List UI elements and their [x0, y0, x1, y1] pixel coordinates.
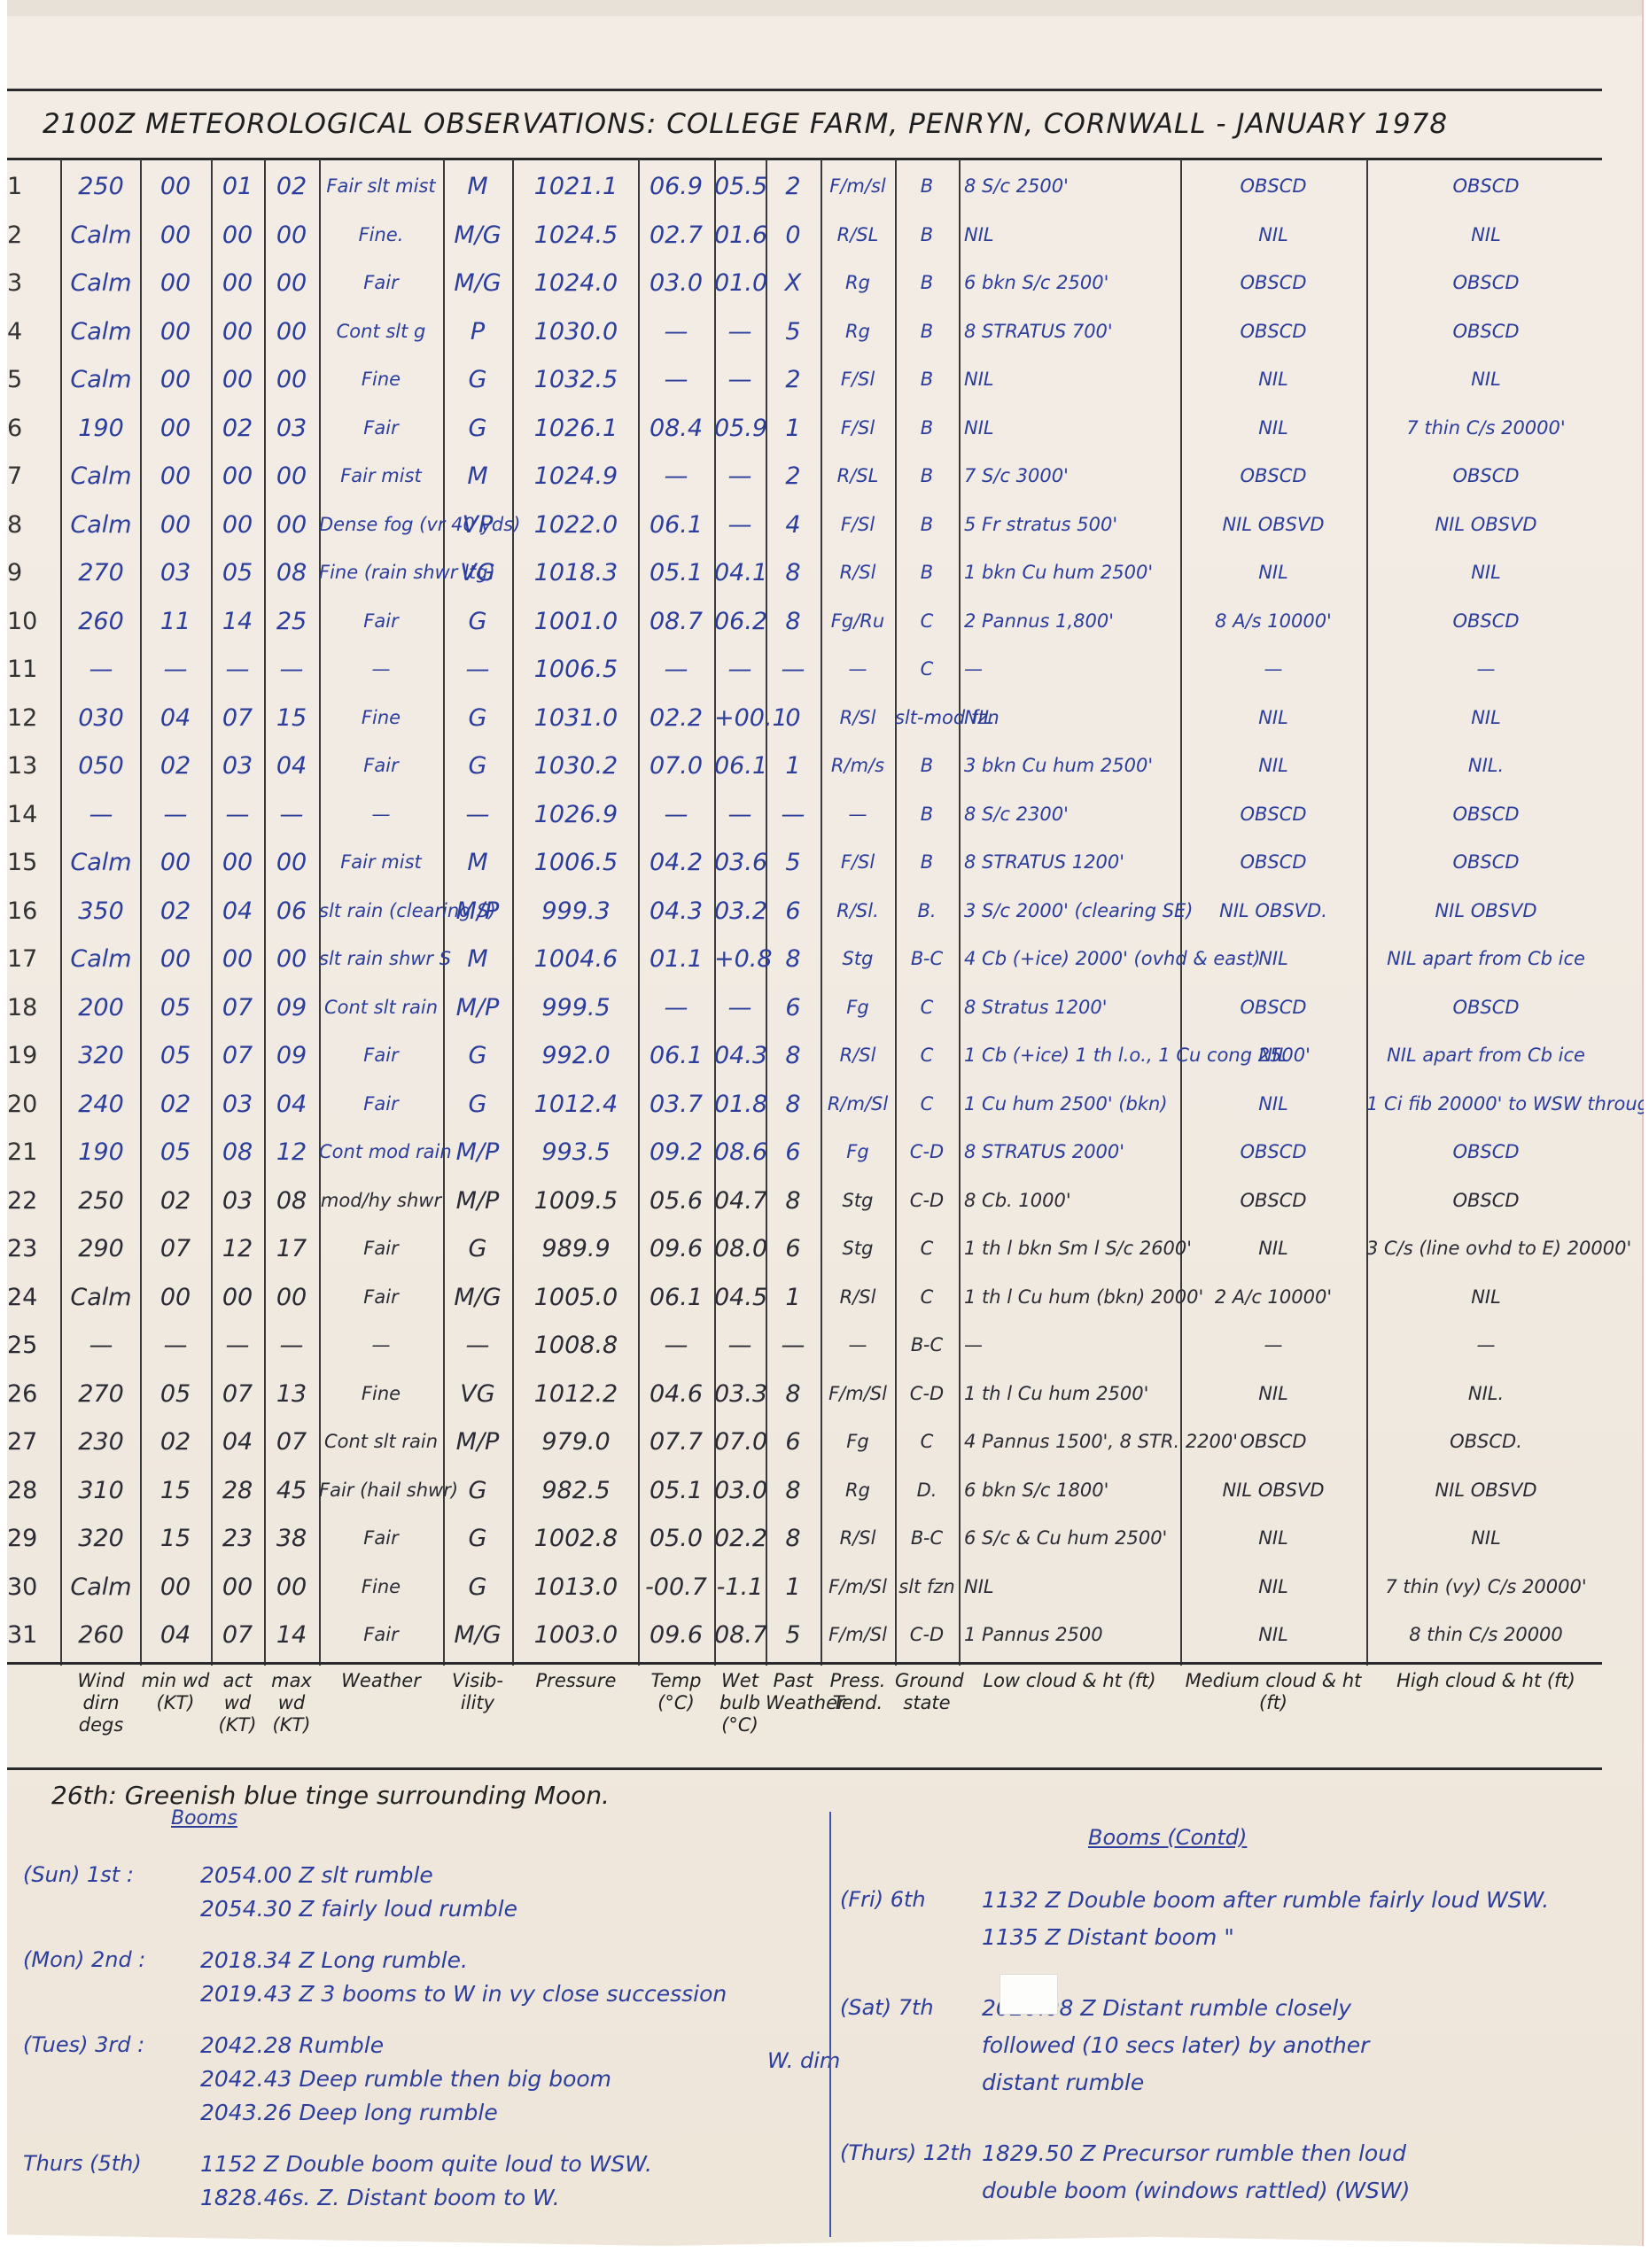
column-header: Ground state	[895, 1670, 959, 1763]
cell-low-cloud: 5 Fr stratus 500'	[959, 501, 1186, 548]
cell-wind-dir: —	[62, 791, 140, 838]
cell-low-cloud: 6 S/c & Cu hum 2500'	[959, 1515, 1186, 1562]
cell-pressure: 1030.0	[514, 308, 638, 355]
cell-temp: —	[638, 356, 714, 403]
cell-temp: 05.6	[638, 1177, 714, 1224]
cell-min-wd: 00	[140, 405, 211, 452]
boom-entry: 2054.30 Z fairly loud rumble	[200, 1896, 517, 1922]
cell-high-cloud: NIL	[1366, 1274, 1606, 1321]
cell-visibility: —	[443, 1322, 512, 1369]
cell-temp: 05.1	[638, 549, 714, 596]
cell-pressure: 1022.0	[514, 501, 638, 548]
cell-min-wd: 00	[140, 308, 211, 355]
cell-act-wd: 03	[211, 1177, 264, 1224]
cell-max-wd: 38	[264, 1515, 319, 1562]
cell-ground: C	[895, 598, 959, 645]
cell-temp: 05.1	[638, 1467, 714, 1514]
cell-max-wd: 00	[264, 308, 319, 355]
cell-temp: 08.4	[638, 405, 714, 452]
cell-past-weather: 0	[766, 212, 821, 259]
cell-temp: 05.0	[638, 1515, 714, 1562]
cell-high-cloud: NIL OBSVD	[1366, 888, 1606, 935]
cell-ground: D.	[895, 1467, 959, 1514]
cell-weather: Fair	[319, 1081, 443, 1128]
cell-temp: 04.3	[638, 888, 714, 935]
cell-temp: 03.0	[638, 260, 714, 307]
cell-min-wd: 00	[140, 356, 211, 403]
cell-high-cloud: NIL	[1366, 356, 1606, 403]
cell-temp: —	[638, 308, 714, 355]
cell-max-wd: 02	[264, 163, 319, 210]
booms-heading: Booms	[171, 1807, 237, 1829]
cell-wet-bulb: —	[714, 984, 766, 1031]
cell-wind-dir: Calm	[62, 839, 140, 886]
cell-medium-cloud: NIL	[1180, 936, 1366, 983]
cell-act-wd: 03	[211, 1081, 264, 1128]
cell-visibility: G	[443, 1515, 512, 1562]
cell-ground: slt fzn	[895, 1564, 959, 1611]
cell-ground: slt-mod fzn	[895, 695, 959, 742]
cell-medium-cloud: OBSCD	[1180, 791, 1366, 838]
cell-visibility: —	[443, 646, 512, 693]
cell-pressure: 1024.9	[514, 453, 638, 500]
cell-day: 30	[7, 1564, 60, 1611]
column-header: min wd (KT)	[140, 1670, 211, 1763]
cell-past-weather: 6	[766, 1418, 821, 1465]
cell-high-cloud: 7 thin (vy) C/s 20000'	[1366, 1564, 1606, 1611]
cell-day: 14	[7, 791, 60, 838]
cell-max-wd: 12	[264, 1129, 319, 1176]
cell-wind-dir: Calm	[62, 453, 140, 500]
column-header: Press. Tend.	[821, 1670, 895, 1763]
cell-visibility: M/G	[443, 212, 512, 259]
cell-visibility: M/G	[443, 260, 512, 307]
cell-ground: B	[895, 839, 959, 886]
cell-min-wd: 02	[140, 742, 211, 789]
cell-temp: -00.7	[638, 1564, 714, 1611]
cell-pressure: 1024.5	[514, 212, 638, 259]
cell-wind-dir: —	[62, 1322, 140, 1369]
cell-high-cloud: OBSCD	[1366, 260, 1606, 307]
cell-act-wd: 23	[211, 1515, 264, 1562]
cell-max-wd: 13	[264, 1371, 319, 1417]
cell-wind-dir: 190	[62, 1129, 140, 1176]
cell-past-weather: 2	[766, 356, 821, 403]
cell-medium-cloud: NIL OBSVD	[1180, 1467, 1366, 1514]
cell-max-wd: 25	[264, 598, 319, 645]
cell-min-wd: 02	[140, 1081, 211, 1128]
cell-pressure: 1012.4	[514, 1081, 638, 1128]
cell-min-wd: 04	[140, 695, 211, 742]
cell-max-wd: 07	[264, 1418, 319, 1465]
cell-past-weather: 0	[766, 695, 821, 742]
cell-act-wd: 00	[211, 260, 264, 307]
cell-wind-dir: 260	[62, 598, 140, 645]
cell-weather: Fine	[319, 1371, 443, 1417]
column-header: Visib-ility	[443, 1670, 512, 1763]
cell-wet-bulb: 01.8	[714, 1081, 766, 1128]
cell-wind-dir: 270	[62, 549, 140, 596]
cell-min-wd: 07	[140, 1225, 211, 1272]
cell-high-cloud: —	[1366, 1322, 1606, 1369]
cell-visibility: M/P	[443, 1129, 512, 1176]
cell-act-wd: —	[211, 646, 264, 693]
cell-min-wd: 02	[140, 1418, 211, 1465]
cell-max-wd: 00	[264, 260, 319, 307]
cell-past-weather: 1	[766, 405, 821, 452]
cell-past-weather: 8	[766, 936, 821, 983]
cell-high-cloud: OBSCD	[1366, 1177, 1606, 1224]
cell-medium-cloud: NIL	[1180, 695, 1366, 742]
cell-weather: Fair	[319, 405, 443, 452]
cell-visibility: G	[443, 1564, 512, 1611]
boom-entry: 1829.50 Z Precursor rumble then loud	[982, 2140, 1406, 2166]
cell-wet-bulb: 03.2	[714, 888, 766, 935]
cell-weather: Fair	[319, 742, 443, 789]
cell-wet-bulb: 04.1	[714, 549, 766, 596]
cell-pressure: 1026.9	[514, 791, 638, 838]
cell-weather: Fair	[319, 1515, 443, 1562]
cell-low-cloud: 4 Pannus 1500', 8 STR. 2200'	[959, 1418, 1186, 1465]
cell-weather: Fair	[319, 260, 443, 307]
boom-entry: 2054.00 Z slt rumble	[200, 1862, 433, 1888]
cell-temp: 06.1	[638, 501, 714, 548]
cell-max-wd: —	[264, 791, 319, 838]
cell-visibility: G	[443, 598, 512, 645]
cell-act-wd: —	[211, 791, 264, 838]
cell-day: 2	[7, 212, 60, 259]
notes-divider	[829, 1812, 831, 2237]
cell-temp: 08.7	[638, 598, 714, 645]
cell-ground: C-D	[895, 1129, 959, 1176]
cell-temp: 02.2	[638, 695, 714, 742]
cell-press-tend: Stg	[821, 936, 895, 983]
cell-day: 20	[7, 1081, 60, 1128]
column-header: Medium cloud & ht (ft)	[1180, 1670, 1366, 1763]
cell-wind-dir: Calm	[62, 1274, 140, 1321]
cell-min-wd: 03	[140, 549, 211, 596]
cell-act-wd: 00	[211, 1564, 264, 1611]
cell-day: 24	[7, 1274, 60, 1321]
cell-day: 18	[7, 984, 60, 1031]
column-header: High cloud & ht (ft)	[1366, 1670, 1606, 1763]
cell-weather: Fair	[319, 598, 443, 645]
cell-low-cloud: 8 STRATUS 2000'	[959, 1129, 1186, 1176]
cell-ground: C	[895, 1081, 959, 1128]
cell-past-weather: 5	[766, 839, 821, 886]
cell-past-weather: 6	[766, 984, 821, 1031]
cell-high-cloud: OBSCD.	[1366, 1418, 1606, 1465]
cell-temp: 03.7	[638, 1081, 714, 1128]
cell-day: 7	[7, 453, 60, 500]
cell-press-tend: Stg	[821, 1177, 895, 1224]
cell-low-cloud: NIL	[959, 356, 1186, 403]
column-header: act wd (KT)	[211, 1670, 264, 1763]
cell-min-wd: 04	[140, 1612, 211, 1658]
cell-press-tend: Fg	[821, 1129, 895, 1176]
boom-entry: 2042.28 Rumble	[200, 2032, 384, 2058]
cell-visibility: M	[443, 936, 512, 983]
title-top-rule	[7, 89, 1602, 91]
column-header: Weather	[319, 1670, 443, 1763]
cell-ground: C	[895, 1418, 959, 1465]
cell-past-weather: 6	[766, 1225, 821, 1272]
cell-medium-cloud: OBSCD	[1180, 1129, 1366, 1176]
cell-low-cloud: 1 bkn Cu hum 2500'	[959, 549, 1186, 596]
cell-past-weather: 1	[766, 1564, 821, 1611]
column-header: Wind dirn degs	[62, 1670, 140, 1763]
cell-medium-cloud: 8 A/s 10000'	[1180, 598, 1366, 645]
cell-low-cloud: 1 Cb (+ice) 1 th l.o., 1 Cu cong 2500'	[959, 1032, 1186, 1079]
cell-visibility: G	[443, 1467, 512, 1514]
cell-ground: C	[895, 1032, 959, 1079]
cell-max-wd: 00	[264, 1274, 319, 1321]
cell-press-tend: Rg	[821, 1467, 895, 1514]
sheet-top-edge	[7, 0, 1642, 16]
cell-act-wd: 07	[211, 1032, 264, 1079]
cell-ground: B	[895, 501, 959, 548]
cell-medium-cloud: NIL	[1180, 1612, 1366, 1658]
cell-pressure: 1002.8	[514, 1515, 638, 1562]
cell-high-cloud: —	[1366, 646, 1606, 693]
cell-low-cloud: NIL	[959, 1564, 1186, 1611]
cell-pressure: 1031.0	[514, 695, 638, 742]
cell-act-wd: 00	[211, 356, 264, 403]
cell-wind-dir: Calm	[62, 212, 140, 259]
cell-press-tend: Fg	[821, 984, 895, 1031]
cell-wet-bulb: —	[714, 356, 766, 403]
cell-past-weather: 8	[766, 1515, 821, 1562]
cell-max-wd: 17	[264, 1225, 319, 1272]
cell-ground: C	[895, 1274, 959, 1321]
cell-pressure: 1030.2	[514, 742, 638, 789]
cell-press-tend: —	[821, 646, 895, 693]
cell-min-wd: 00	[140, 260, 211, 307]
cell-day: 27	[7, 1418, 60, 1465]
cell-act-wd: 04	[211, 888, 264, 935]
cell-past-weather: X	[766, 260, 821, 307]
boom-day-label: (Fri) 6th	[840, 1887, 926, 1912]
cell-act-wd: 07	[211, 695, 264, 742]
cell-low-cloud: 1 th l bkn Sm l S/c 2600'	[959, 1225, 1186, 1272]
cell-day: 4	[7, 308, 60, 355]
cell-min-wd: 05	[140, 984, 211, 1031]
cell-past-weather: 8	[766, 549, 821, 596]
cell-low-cloud: 8 S/c 2500'	[959, 163, 1186, 210]
cell-past-weather: 2	[766, 453, 821, 500]
cell-pressure: 1001.0	[514, 598, 638, 645]
cell-max-wd: —	[264, 1322, 319, 1369]
cell-weather: Fine (rain shwr ltg)	[319, 549, 443, 596]
cell-medium-cloud: OBSCD	[1180, 308, 1366, 355]
cell-pressure: 1026.1	[514, 405, 638, 452]
cell-high-cloud: NIL	[1366, 1515, 1606, 1562]
cell-low-cloud: 6 bkn S/c 2500'	[959, 260, 1186, 307]
cell-ground: B-C	[895, 936, 959, 983]
cell-min-wd: 11	[140, 598, 211, 645]
cell-ground: B.	[895, 888, 959, 935]
cell-wind-dir: 270	[62, 1371, 140, 1417]
cell-high-cloud: OBSCD	[1366, 791, 1606, 838]
cell-weather: —	[319, 1322, 443, 1369]
cell-low-cloud: 1 Pannus 2500	[959, 1612, 1186, 1658]
cell-medium-cloud: NIL OBSVD.	[1180, 888, 1366, 935]
cell-act-wd: 00	[211, 839, 264, 886]
cell-wet-bulb: 04.7	[714, 1177, 766, 1224]
cell-wet-bulb: —	[714, 308, 766, 355]
boom-day-label: (Thurs) 12th	[840, 2140, 972, 2165]
column-header: Past Weather	[766, 1670, 821, 1763]
cell-visibility: M/P	[443, 984, 512, 1031]
cell-day: 23	[7, 1225, 60, 1272]
cell-low-cloud: 6 bkn S/c 1800'	[959, 1467, 1186, 1514]
cell-medium-cloud: 2 A/c 10000'	[1180, 1274, 1366, 1321]
cell-wind-dir: Calm	[62, 356, 140, 403]
cell-visibility: P	[443, 308, 512, 355]
cell-max-wd: 00	[264, 356, 319, 403]
cell-visibility: G	[443, 1225, 512, 1272]
cell-past-weather: 8	[766, 1177, 821, 1224]
cell-high-cloud: OBSCD	[1366, 598, 1606, 645]
boom-day-label: Thurs (5th)	[23, 2151, 142, 2176]
cell-ground: B	[895, 549, 959, 596]
cell-act-wd: 00	[211, 308, 264, 355]
cell-wind-dir: Calm	[62, 936, 140, 983]
cell-wind-dir: 260	[62, 1612, 140, 1658]
cell-press-tend: F/Sl	[821, 356, 895, 403]
cell-max-wd: 15	[264, 695, 319, 742]
boom-day-label: (Sun) 1st :	[23, 1862, 134, 1887]
cell-pressure: 993.5	[514, 1129, 638, 1176]
cell-temp: 06.1	[638, 1032, 714, 1079]
cell-press-tend: R/Sl	[821, 1274, 895, 1321]
cell-pressure: 1012.2	[514, 1371, 638, 1417]
cell-low-cloud: 1 th l Cu hum 2500'	[959, 1371, 1186, 1417]
cell-day: 29	[7, 1515, 60, 1562]
cell-max-wd: 00	[264, 212, 319, 259]
cell-wet-bulb: 03.3	[714, 1371, 766, 1417]
cell-high-cloud: NIL.	[1366, 742, 1606, 789]
cell-high-cloud: OBSCD	[1366, 453, 1606, 500]
cell-medium-cloud: NIL	[1180, 549, 1366, 596]
cell-wet-bulb: 03.0	[714, 1467, 766, 1514]
cell-weather: Fine.	[319, 212, 443, 259]
cell-min-wd: 00	[140, 501, 211, 548]
cell-past-weather: —	[766, 646, 821, 693]
cell-high-cloud: 8 thin C/s 20000	[1366, 1612, 1606, 1658]
cell-pressure: 979.0	[514, 1418, 638, 1465]
cell-act-wd: 05	[211, 549, 264, 596]
cell-past-weather: 8	[766, 1032, 821, 1079]
cell-visibility: M/G	[443, 1612, 512, 1658]
cell-max-wd: 04	[264, 1081, 319, 1128]
cell-act-wd: 02	[211, 405, 264, 452]
cell-temp: 02.7	[638, 212, 714, 259]
cell-press-tend: F/m/Sl	[821, 1371, 895, 1417]
cell-day: 26	[7, 1371, 60, 1417]
cell-weather: Fair	[319, 1274, 443, 1321]
cell-visibility: G	[443, 695, 512, 742]
cell-ground: C-D	[895, 1177, 959, 1224]
cell-wind-dir: 310	[62, 1467, 140, 1514]
cell-day: 15	[7, 839, 60, 886]
cell-pressure: 1006.5	[514, 646, 638, 693]
cell-min-wd: 05	[140, 1032, 211, 1079]
cell-past-weather: 5	[766, 1612, 821, 1658]
cell-high-cloud: NIL OBSVD	[1366, 501, 1606, 548]
cell-wet-bulb: 05.9	[714, 405, 766, 452]
cell-min-wd: —	[140, 791, 211, 838]
cell-past-weather: —	[766, 791, 821, 838]
cell-temp: 04.6	[638, 1371, 714, 1417]
cell-wet-bulb: 06.1	[714, 742, 766, 789]
cell-day: 6	[7, 405, 60, 452]
cell-wind-dir: Calm	[62, 260, 140, 307]
cell-wet-bulb: 08.0	[714, 1225, 766, 1272]
cell-min-wd: 00	[140, 453, 211, 500]
cell-day: 5	[7, 356, 60, 403]
cell-past-weather: 1	[766, 1274, 821, 1321]
cell-weather: Cont mod rain	[319, 1129, 443, 1176]
cell-weather: —	[319, 791, 443, 838]
column-header: max wd (KT)	[264, 1670, 319, 1763]
cell-min-wd: 00	[140, 163, 211, 210]
cell-press-tend: F/m/Sl	[821, 1612, 895, 1658]
cell-wet-bulb: 05.5	[714, 163, 766, 210]
cell-wind-dir: Calm	[62, 1564, 140, 1611]
cell-medium-cloud: NIL	[1180, 356, 1366, 403]
cell-max-wd: —	[264, 646, 319, 693]
cell-wet-bulb: 08.6	[714, 1129, 766, 1176]
cell-wind-dir: 250	[62, 1177, 140, 1224]
cell-act-wd: 28	[211, 1467, 264, 1514]
cell-past-weather: —	[766, 1322, 821, 1369]
cell-pressure: 1032.5	[514, 356, 638, 403]
cell-max-wd: 03	[264, 405, 319, 452]
cell-medium-cloud: NIL OBSVD	[1180, 501, 1366, 548]
cell-ground: C	[895, 984, 959, 1031]
cell-max-wd: 09	[264, 984, 319, 1031]
cell-medium-cloud: OBSCD	[1180, 163, 1366, 210]
cell-min-wd: 02	[140, 1177, 211, 1224]
cell-act-wd: 00	[211, 453, 264, 500]
cell-min-wd: 00	[140, 936, 211, 983]
boom-day-label: (Sat) 7th	[840, 1995, 934, 2020]
cell-visibility: G	[443, 1081, 512, 1128]
cell-wet-bulb: 07.0	[714, 1418, 766, 1465]
cell-act-wd: 12	[211, 1225, 264, 1272]
cell-day: 10	[7, 598, 60, 645]
cell-ground: C	[895, 646, 959, 693]
page-title: 2100Z METEOROLOGICAL OBSERVATIONS: COLLE…	[43, 108, 1637, 140]
cell-visibility: M	[443, 453, 512, 500]
cell-ground: B	[895, 260, 959, 307]
cell-day: 8	[7, 501, 60, 548]
cell-past-weather: 8	[766, 598, 821, 645]
cell-wet-bulb: 02.2	[714, 1515, 766, 1562]
cell-max-wd: 45	[264, 1467, 319, 1514]
cell-visibility: M/G	[443, 1274, 512, 1321]
cell-press-tend: R/Sl	[821, 549, 895, 596]
cell-medium-cloud: OBSCD	[1180, 839, 1366, 886]
cell-max-wd: 09	[264, 1032, 319, 1079]
cell-min-wd: 15	[140, 1467, 211, 1514]
cell-temp: 06.9	[638, 163, 714, 210]
cell-max-wd: 14	[264, 1612, 319, 1658]
cell-pressure: 1005.0	[514, 1274, 638, 1321]
cell-low-cloud: 8 Stratus 1200'	[959, 984, 1186, 1031]
cell-low-cloud: 1 th l Cu hum (bkn) 2000'	[959, 1274, 1186, 1321]
